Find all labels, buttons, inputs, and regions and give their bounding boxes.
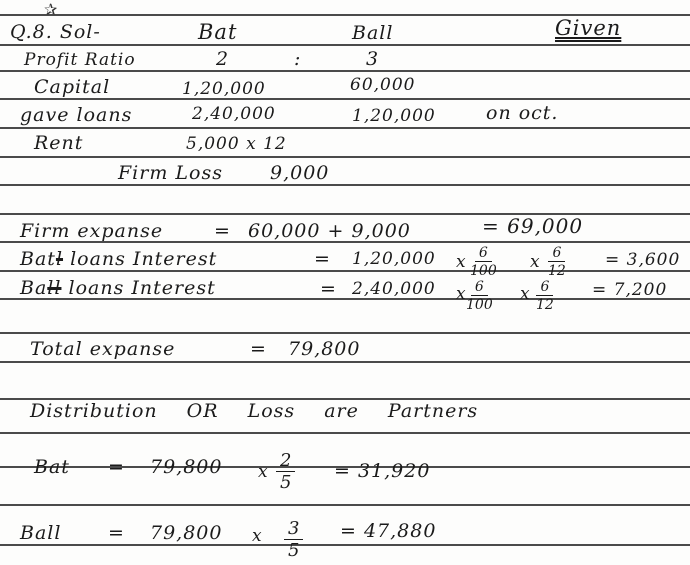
firm-expense-label: Firm expanse [20,222,163,241]
share-result: = 47,880 [340,522,436,541]
ruled-line [0,432,690,434]
share-result: = 31,920 [334,462,430,481]
label-part: loans Interest [69,277,216,299]
principal: 2,40,000 [352,281,436,298]
times-sign: x [520,286,531,303]
time-fraction: 6 12 [548,246,566,278]
time-fraction: 6 12 [536,280,554,312]
firm-expense-expression: 60,000 + 9,000 [248,222,411,241]
struck-text: ll [47,277,61,299]
ratio-separator: : [294,50,301,69]
denominator: 12 [548,262,566,278]
partner-name: Ball [20,524,61,543]
equals-sign: = [314,250,331,269]
label-part: Bat [20,248,56,270]
firm-expense-result: = 69,000 [482,216,583,236]
interest-label: Batl loans Interest [20,250,217,269]
ruled-line [0,127,690,129]
rate-fraction: 6 100 [466,280,493,312]
interest-label: Ball loans Interest [20,279,216,298]
times-sign: x [456,286,467,303]
partner-name: Bat [34,458,70,477]
share-fraction: 2 5 [276,452,295,492]
equals-sign: = [108,458,125,477]
total-expense-label: Total expanse [30,340,175,359]
loss-amount: 79,800 [150,458,222,477]
interest-result: = 3,600 [605,252,680,269]
partner-b-value: 3 [366,50,379,69]
denominator: 100 [466,296,493,312]
struck-text: l [56,248,63,270]
partner-b-value: 60,000 [350,77,415,94]
equals-sign: = [320,280,337,299]
label-part: Ba [20,277,47,299]
ruled-line [0,44,690,46]
share-fraction: 3 5 [284,520,303,560]
ruled-line [0,156,690,158]
loan-date-note: on oct. [486,104,558,123]
numerator: 6 [536,280,553,296]
partner-a-value: 2,40,000 [192,106,276,123]
question-number: Q.8. Sol- [10,23,101,42]
given-label: gave loans [20,106,132,125]
times-sign: x [530,254,541,271]
ruled-line [0,270,690,272]
denominator: 12 [536,296,554,312]
equals-sign: = [214,222,231,241]
denominator: 100 [470,262,497,278]
numerator: 2 [276,452,295,472]
ruled-line [0,332,690,334]
numerator: 6 [475,246,492,262]
notebook-page: ✰ Q.8. Sol- Bat Ball Given Profit Ratio … [0,0,690,565]
denominator: 5 [288,540,299,560]
ruled-line [0,70,690,72]
star-icon: ✰ [44,0,57,19]
ruled-line [0,361,690,363]
partner-a-value: 1,20,000 [182,81,266,98]
ruled-line [0,213,690,215]
total-expense-value: 79,800 [288,340,360,359]
principal: 1,20,000 [352,251,436,268]
ruled-line [0,184,690,186]
denominator: 5 [280,472,291,492]
firm-loss-label: Firm Loss [118,164,223,183]
numerator: 6 [548,246,565,262]
ruled-line [0,544,690,546]
firm-loss-value: 9,000 [270,164,329,183]
partner-b-heading: Ball [352,24,393,43]
partner-a-value: 5,000 x 12 [186,136,287,153]
partner-a-heading: Bat [198,22,237,43]
numerator: 6 [471,280,488,296]
given-label: Capital [34,78,110,97]
ruled-line [0,504,690,506]
equals-sign: = [250,340,267,359]
partner-b-value: 1,20,000 [352,108,436,125]
ruled-line [0,98,690,100]
given-label: Rent [34,134,83,153]
times-sign: x [252,528,263,545]
equals-sign: = [108,524,125,543]
numerator: 3 [284,520,303,540]
times-sign: x [456,254,467,271]
partner-a-value: 2 [216,50,229,69]
distribution-heading: Distribution OR Loss are Partners [30,402,478,421]
times-sign: x [258,464,269,481]
loss-amount: 79,800 [150,524,222,543]
given-label: Profit Ratio [24,52,136,69]
interest-result: = 7,200 [592,282,667,299]
rate-fraction: 6 100 [470,246,497,278]
label-part: loans Interest [70,248,217,270]
given-heading: Given [555,18,621,39]
